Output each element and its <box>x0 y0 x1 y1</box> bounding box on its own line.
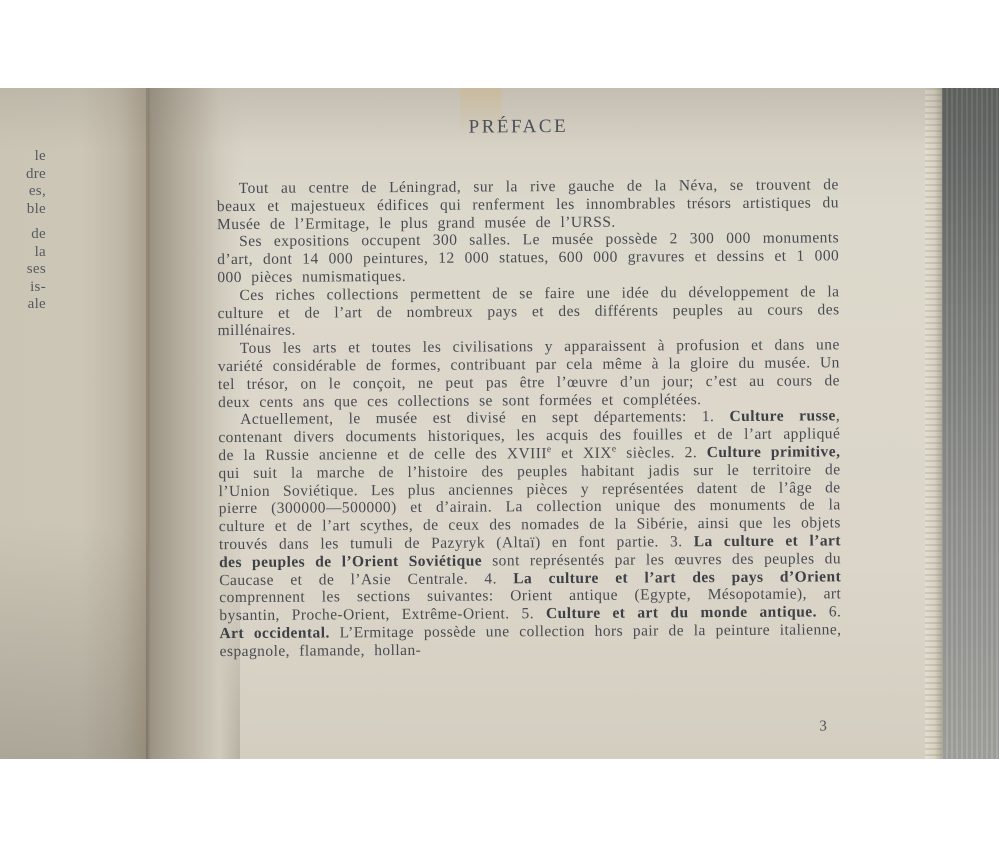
paragraph: Tous les arts et toutes les civilisation… <box>218 336 840 411</box>
text-block: Tout au centre de Léningrad, sur la rive… <box>217 176 842 660</box>
book-photo: ledrees,ble delasesis-ale PRÉFACE Tout a… <box>0 88 999 759</box>
paragraph: Ses expositions occupent 300 salles. Le … <box>217 230 839 287</box>
scanned-book-photo: ledrees,ble delasesis-ale PRÉFACE Tout a… <box>0 0 999 849</box>
paragraph: Ces riches collections permettent de se … <box>217 283 839 340</box>
page-number: 3 <box>808 718 838 735</box>
printed-page-content: PRÉFACE Tout au centre de Léningrad, sur… <box>0 88 999 759</box>
paragraph: Tout au centre de Léningrad, sur la rive… <box>217 176 839 233</box>
page-title: PRÉFACE <box>208 114 828 140</box>
paragraph: Actuellement, le musée est divisé en sep… <box>218 408 842 661</box>
